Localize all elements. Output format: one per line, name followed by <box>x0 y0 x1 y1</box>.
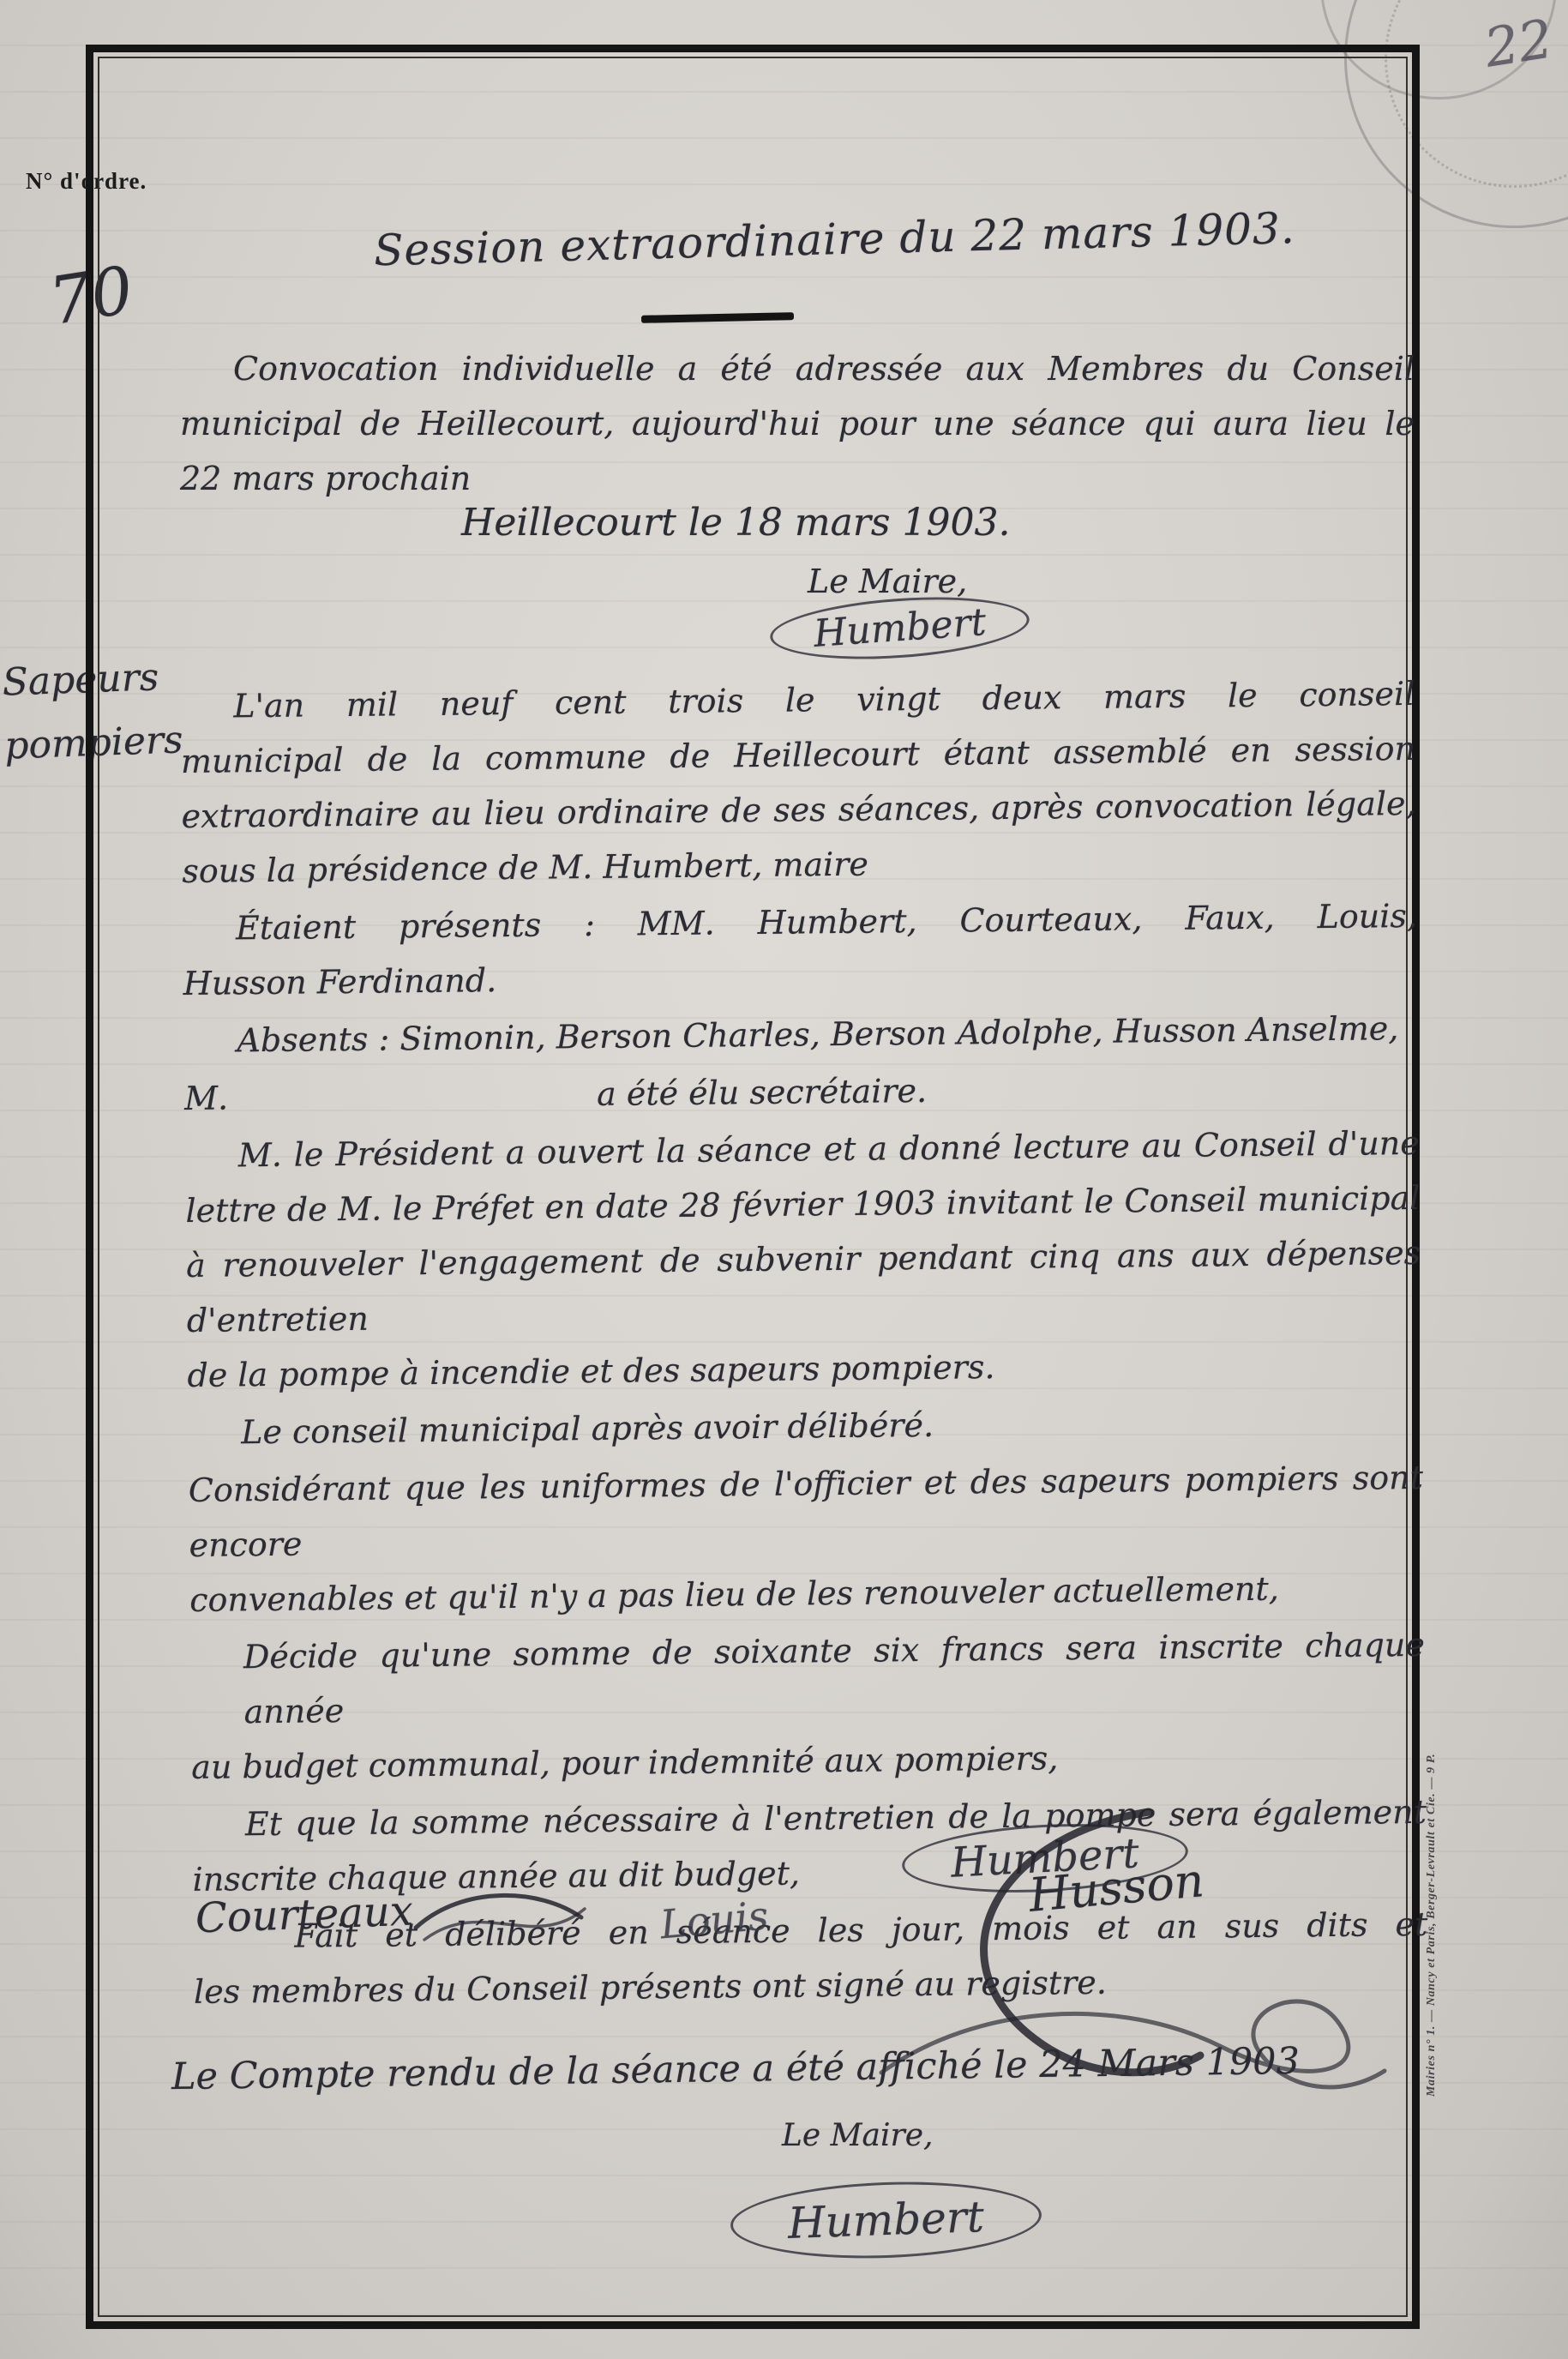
ouverture-paragraph: L'an mil neuf cent trois le vingt deux m… <box>180 666 1417 899</box>
secretary-prefix: M. <box>184 1070 229 1126</box>
text-line: 22 mars prochain <box>180 451 1415 506</box>
decide-paragraph: Décide qu'une somme de soixante six fran… <box>190 1617 1427 1795</box>
deliberation-paragraph: Le conseil municipal après avoir délibér… <box>188 1393 1423 1460</box>
text-line: sous la présidence de M. Humbert, maire <box>182 831 1417 899</box>
text-line: convenables et qu'il n'y a pas lieu de l… <box>189 1560 1425 1628</box>
corner-page-number: 22 <box>1481 7 1557 79</box>
text-line: au budget communal, pour indemnité aux p… <box>191 1727 1427 1795</box>
signature-maire-bottom: Humbert <box>730 2177 1043 2264</box>
lecture-paragraph: M. le Président a ouvert la séance et a … <box>184 1116 1421 1403</box>
presents-paragraph: Étaient présents : MM. Humbert, Courteau… <box>183 888 1418 1011</box>
text-line: Décide qu'une somme de soixante six fran… <box>190 1617 1426 1740</box>
maire-label-bottom: Le Maire, <box>782 2118 933 2153</box>
text-line: Absents : Simonin, Berson Charles, Berso… <box>183 1001 1419 1068</box>
signature-louis: Louis <box>658 1893 770 1948</box>
convocation-paragraph: Convocation individuelle a été adressée … <box>180 341 1415 509</box>
secretary-suffix: a été élu secrétaire. <box>597 1063 928 1122</box>
dateline: Heillecourt le 18 mars 1903. <box>461 501 1010 545</box>
deliberation-body: L'an mil neuf cent trois le vingt deux m… <box>180 666 1428 2022</box>
text-line: Considérant que les uniformes de l'offic… <box>189 1450 1424 1573</box>
absents-paragraph: Absents : Simonin, Berson Charles, Berso… <box>183 1001 1419 1068</box>
secretary-line: M. a été élu secrétaire. <box>184 1058 1420 1126</box>
text-line: les membres du Conseil présents ont sign… <box>194 1952 1429 2019</box>
considerant-paragraph: Considérant que les uniformes de l'offic… <box>189 1450 1425 1628</box>
blank-space <box>228 1067 598 1125</box>
text-line: municipal de Heillecourt, aujourd'hui po… <box>180 396 1415 451</box>
text-line: Le conseil municipal après avoir délibér… <box>188 1393 1423 1460</box>
text-line: de la pompe à incendie et des sapeurs po… <box>187 1335 1422 1403</box>
text-line: Husson Ferdinand. <box>183 943 1418 1011</box>
signature-courteaux: Courteaux <box>195 1887 414 1943</box>
signature-name: Humbert <box>730 2177 1043 2264</box>
text-line: Convocation individuelle a été adressée … <box>180 341 1415 396</box>
scanned-register-page: { "margin": { "order_label": "N° d'ordre… <box>0 0 1568 2359</box>
text-line: à renouveler l'engagement de subvenir pe… <box>186 1225 1421 1348</box>
